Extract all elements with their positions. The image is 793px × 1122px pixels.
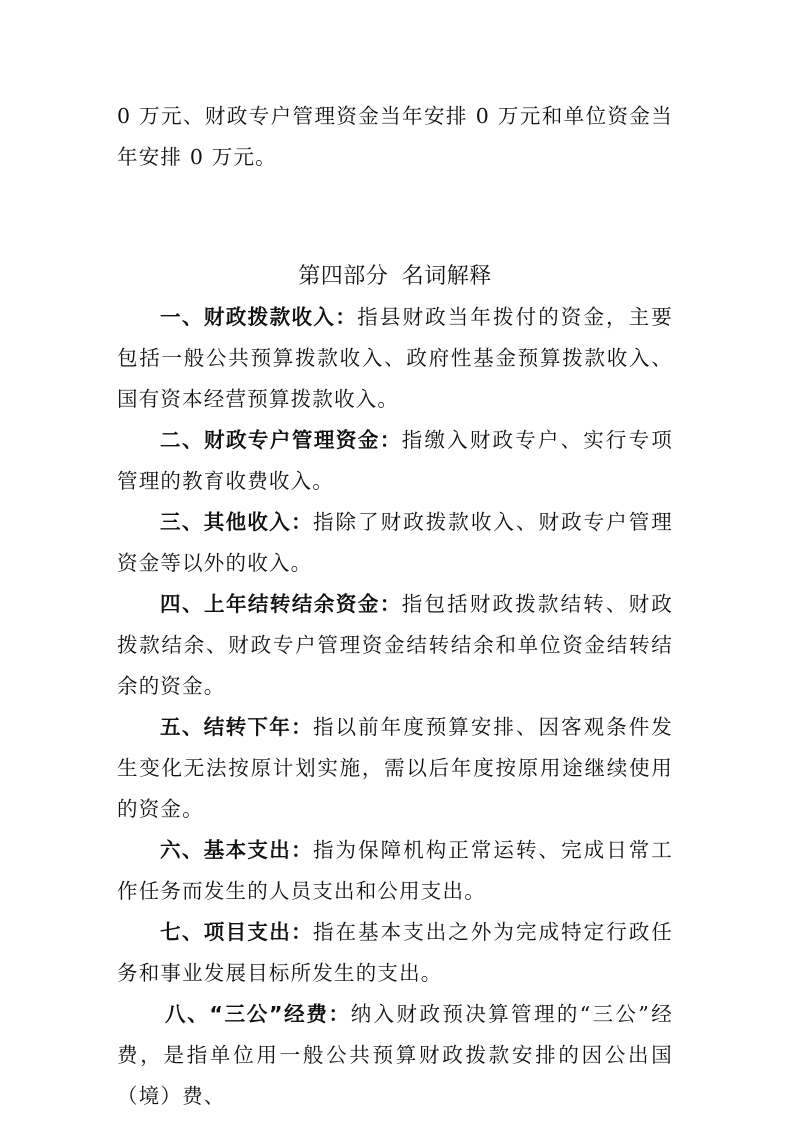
section-title: 第四部分 名词解释	[117, 256, 673, 297]
intro-paragraph: 0 万元、财政专户管理资金当年安排 0 万元和单位资金当年安排 0 万元。	[117, 96, 673, 178]
definition-paragraph: 三、其他收入：指除了财政拨款收入、财政专户管理资金等以外的收入。	[117, 502, 673, 584]
definition-paragraph: 二、财政专户管理资金：指缴入财政专户、实行专项管理的教育收费收入。	[117, 420, 673, 502]
definition-term: 四、上年结转结余资金：	[160, 592, 402, 616]
definition-term: 三、其他收入：	[160, 510, 313, 534]
definition-term: 一、财政拨款收入：	[160, 305, 357, 329]
definition-term: 七、项目支出：	[160, 920, 313, 944]
document-page: 0 万元、财政专户管理资金当年安排 0 万元和单位资金当年安排 0 万元。 第四…	[117, 96, 673, 1117]
definition-paragraph: 五、结转下年：指以前年度预算安排、因客观条件发生变化无法按原计划实施，需以后年度…	[117, 707, 673, 830]
definition-paragraph: 一、财政拨款收入：指县财政当年拨付的资金，主要包括一般公共预算拨款收入、政府性基…	[117, 297, 673, 420]
definition-paragraph: 四、上年结转结余资金：指包括财政拨款结转、财政拨款结余、财政专户管理资金结转结余…	[117, 584, 673, 707]
definition-paragraph: 七、项目支出：指在基本支出之外为完成特定行政任务和事业发展目标所发生的支出。	[117, 912, 673, 994]
definition-term: 五、结转下年：	[160, 715, 313, 739]
definition-paragraph: 六、基本支出：指为保障机构正常运转、完成日常工作任务而发生的人员支出和公用支出。	[117, 830, 673, 912]
definition-term: 二、财政专户管理资金：	[160, 428, 402, 452]
definition-term: 六、基本支出：	[160, 838, 313, 862]
definition-paragraph: 八、“三公”经费：纳入财政预决算管理的“三公”经费，是指单位用一般公共预算财政拨…	[117, 994, 673, 1117]
definition-term: 八、“三公”经费：	[165, 1002, 351, 1026]
